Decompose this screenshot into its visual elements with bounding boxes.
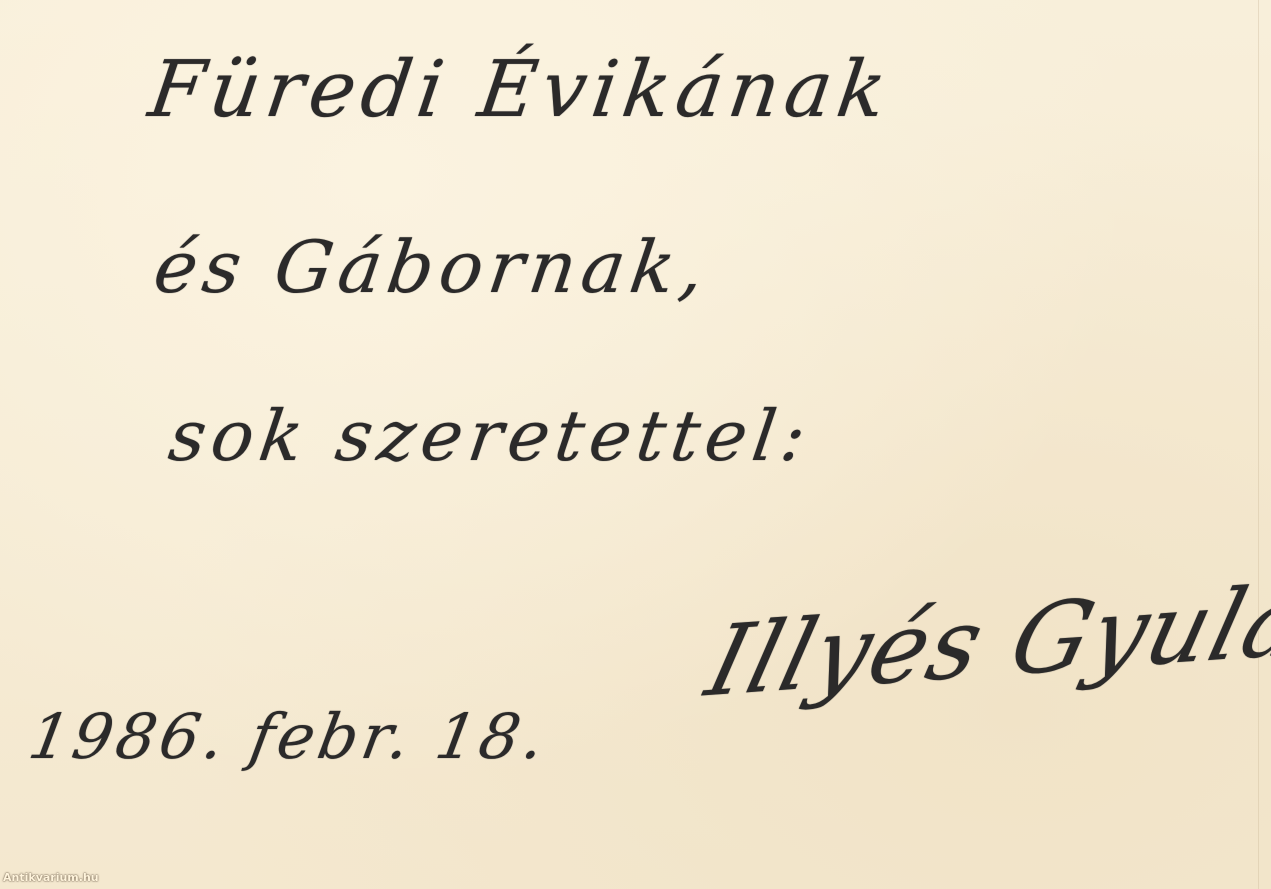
dedication-line-3: sok szeretettel: xyxy=(164,395,817,477)
dedication-date: 1986. febr. 18. xyxy=(24,700,554,773)
watermark: Antikvarium.hu xyxy=(3,871,99,884)
dedication-line-1: Füredi Évikának xyxy=(144,45,898,135)
dedication-line-2: és Gábornak, xyxy=(149,225,715,309)
page-edge xyxy=(1258,0,1259,889)
